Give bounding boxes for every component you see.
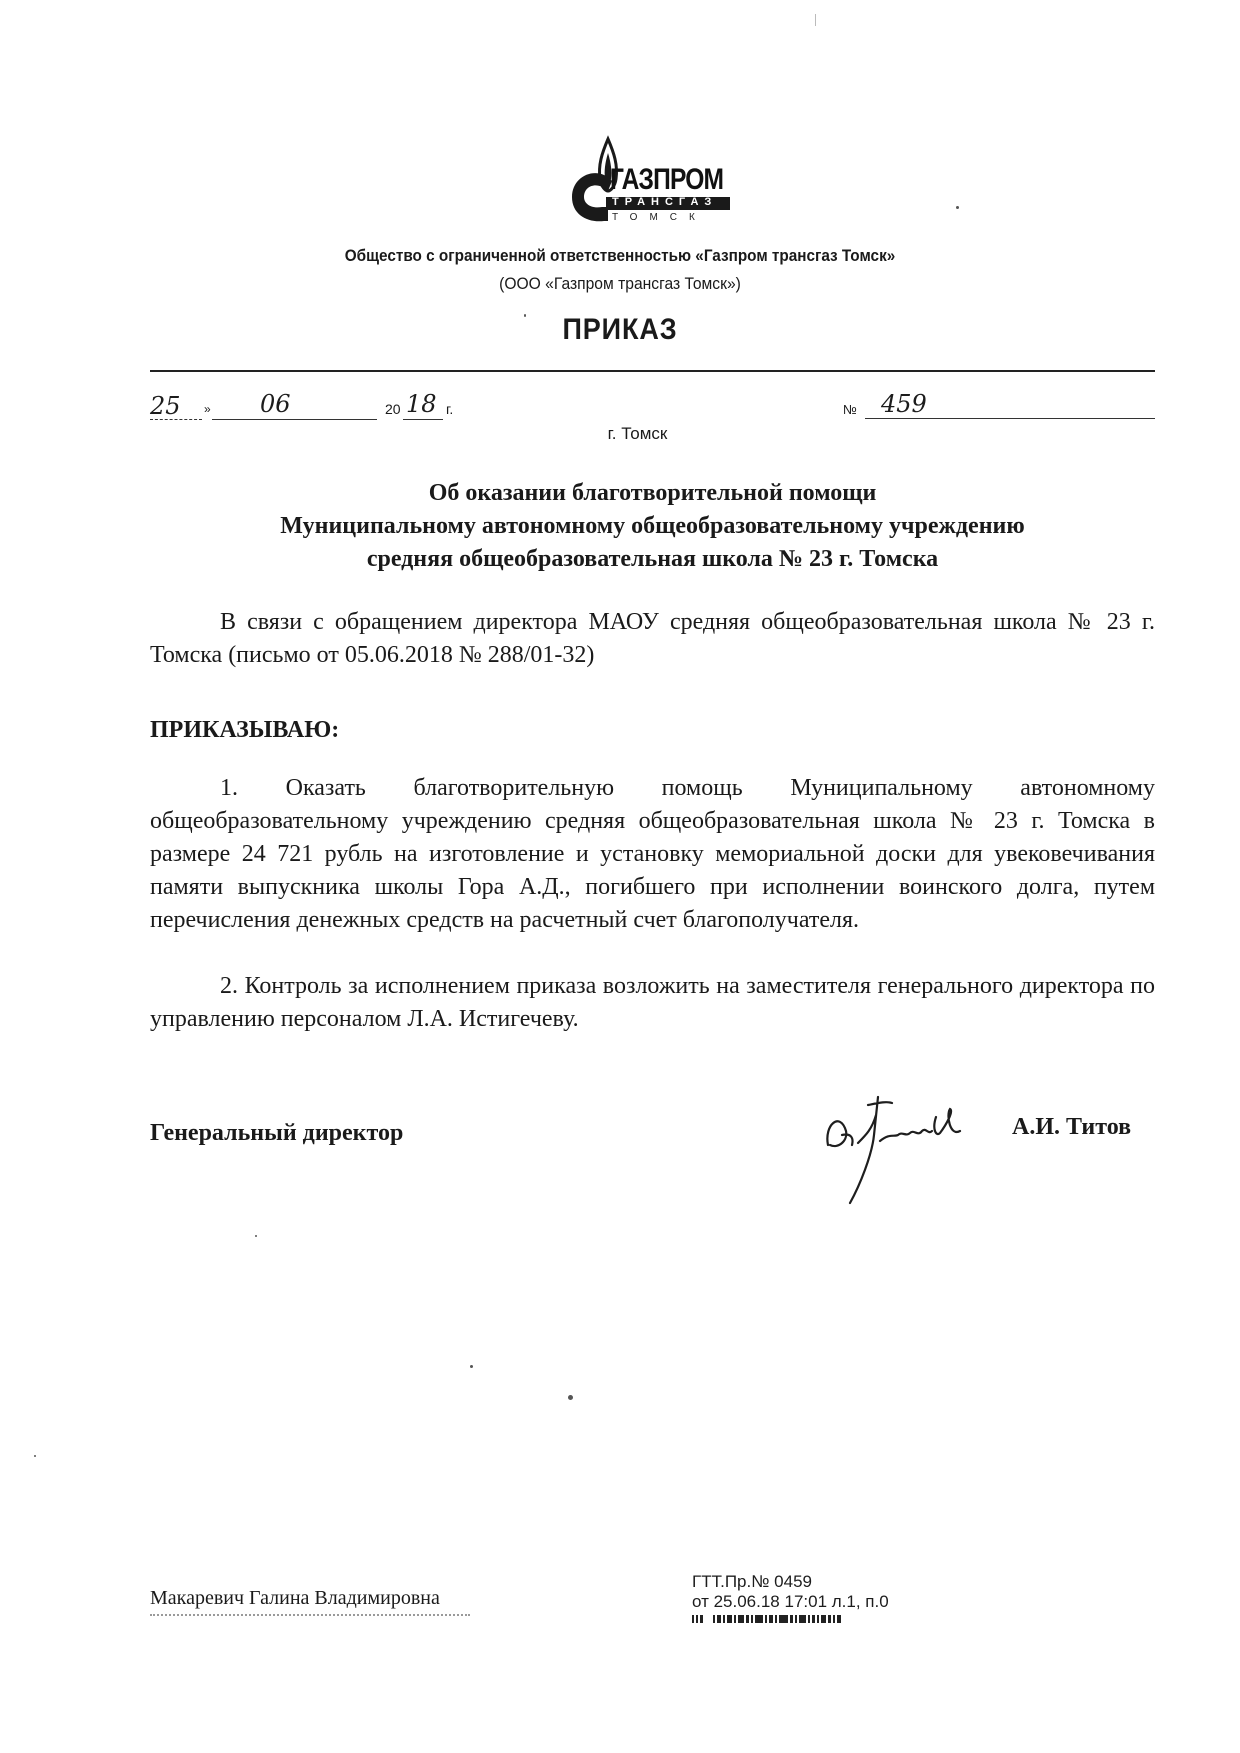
header-divider [150,370,1155,372]
logo-brand-city: ТОМСК [612,212,707,223]
document-date: 25 » 06 20 18 г. [150,392,480,422]
document-type-title: ПРИКАЗ [62,313,1178,347]
executor-phone-faded [150,1614,470,1621]
number-sign: № [843,402,857,417]
order-item-1: 1. Оказать благотворительную помощь Муни… [150,772,1155,937]
date-month-underline [212,419,377,420]
heading-line-2: Муниципальному автономному общеобразоват… [150,510,1155,543]
scan-speck [470,1365,473,1368]
number-value: 459 [881,390,927,418]
date-year-abbrev: г. [446,401,453,417]
scan-speck [34,1455,36,1457]
signatory-name: А.И. Титов [1012,1114,1131,1141]
scan-speck [524,314,526,317]
heading-line-3: средняя общеобразовательная школа № 23 г… [150,543,1155,576]
date-year-underline [403,419,443,420]
document-number: № 459 [843,392,1155,422]
order-word: ПРИКАЗЫВАЮ: [150,717,339,744]
registration-barcode [692,1615,932,1623]
scan-speck [815,14,816,26]
organization-full-name: Общество с ограниченной ответственностью… [62,246,1178,266]
logo-brand-word: ГАЗПРОМ [610,163,723,197]
number-underline [865,418,1155,419]
executor-name: Макаревич Галина Владимировна [150,1587,440,1610]
registration-number: ГТТ.Пр.№ 0459 [692,1572,889,1592]
heading-line-1: Об оказании благотворительной помощи [150,477,1155,510]
organization-short-name: (ООО «Газпром трансгаз Томск») [50,274,1191,294]
date-year: 18 [406,390,437,418]
order-item-2: 2. Контроль за исполнением приказа возло… [150,970,1155,1036]
date-day-underline [150,419,202,420]
registration-stamp: ГТТ.Пр.№ 0459 от 25.06.18 17:01 л.1, п.0 [692,1572,889,1612]
intro-paragraph: В связи с обращением директора МАОУ сред… [150,606,1155,672]
scan-speck [956,206,959,209]
date-month: 06 [260,390,291,418]
scan-speck [255,1235,257,1237]
signatory-title: Генеральный директор [150,1120,403,1147]
date-century-prefix: 20 [385,401,401,417]
document-city: г. Томск [0,424,1240,444]
handwritten-signature [820,1075,1000,1205]
company-logo: ГАЗПРОМ ТРАНСГАЗ ТОМСК [568,135,738,225]
registration-datetime: от 25.06.18 17:01 л.1, п.0 [692,1592,889,1612]
date-quote-mark: » [204,402,211,416]
scan-speck [568,1395,573,1400]
logo-brand-sub: ТРАНСГАЗ [612,196,717,208]
date-day: 25 [150,392,181,420]
order-heading: Об оказании благотворительной помощи Мун… [150,477,1155,576]
